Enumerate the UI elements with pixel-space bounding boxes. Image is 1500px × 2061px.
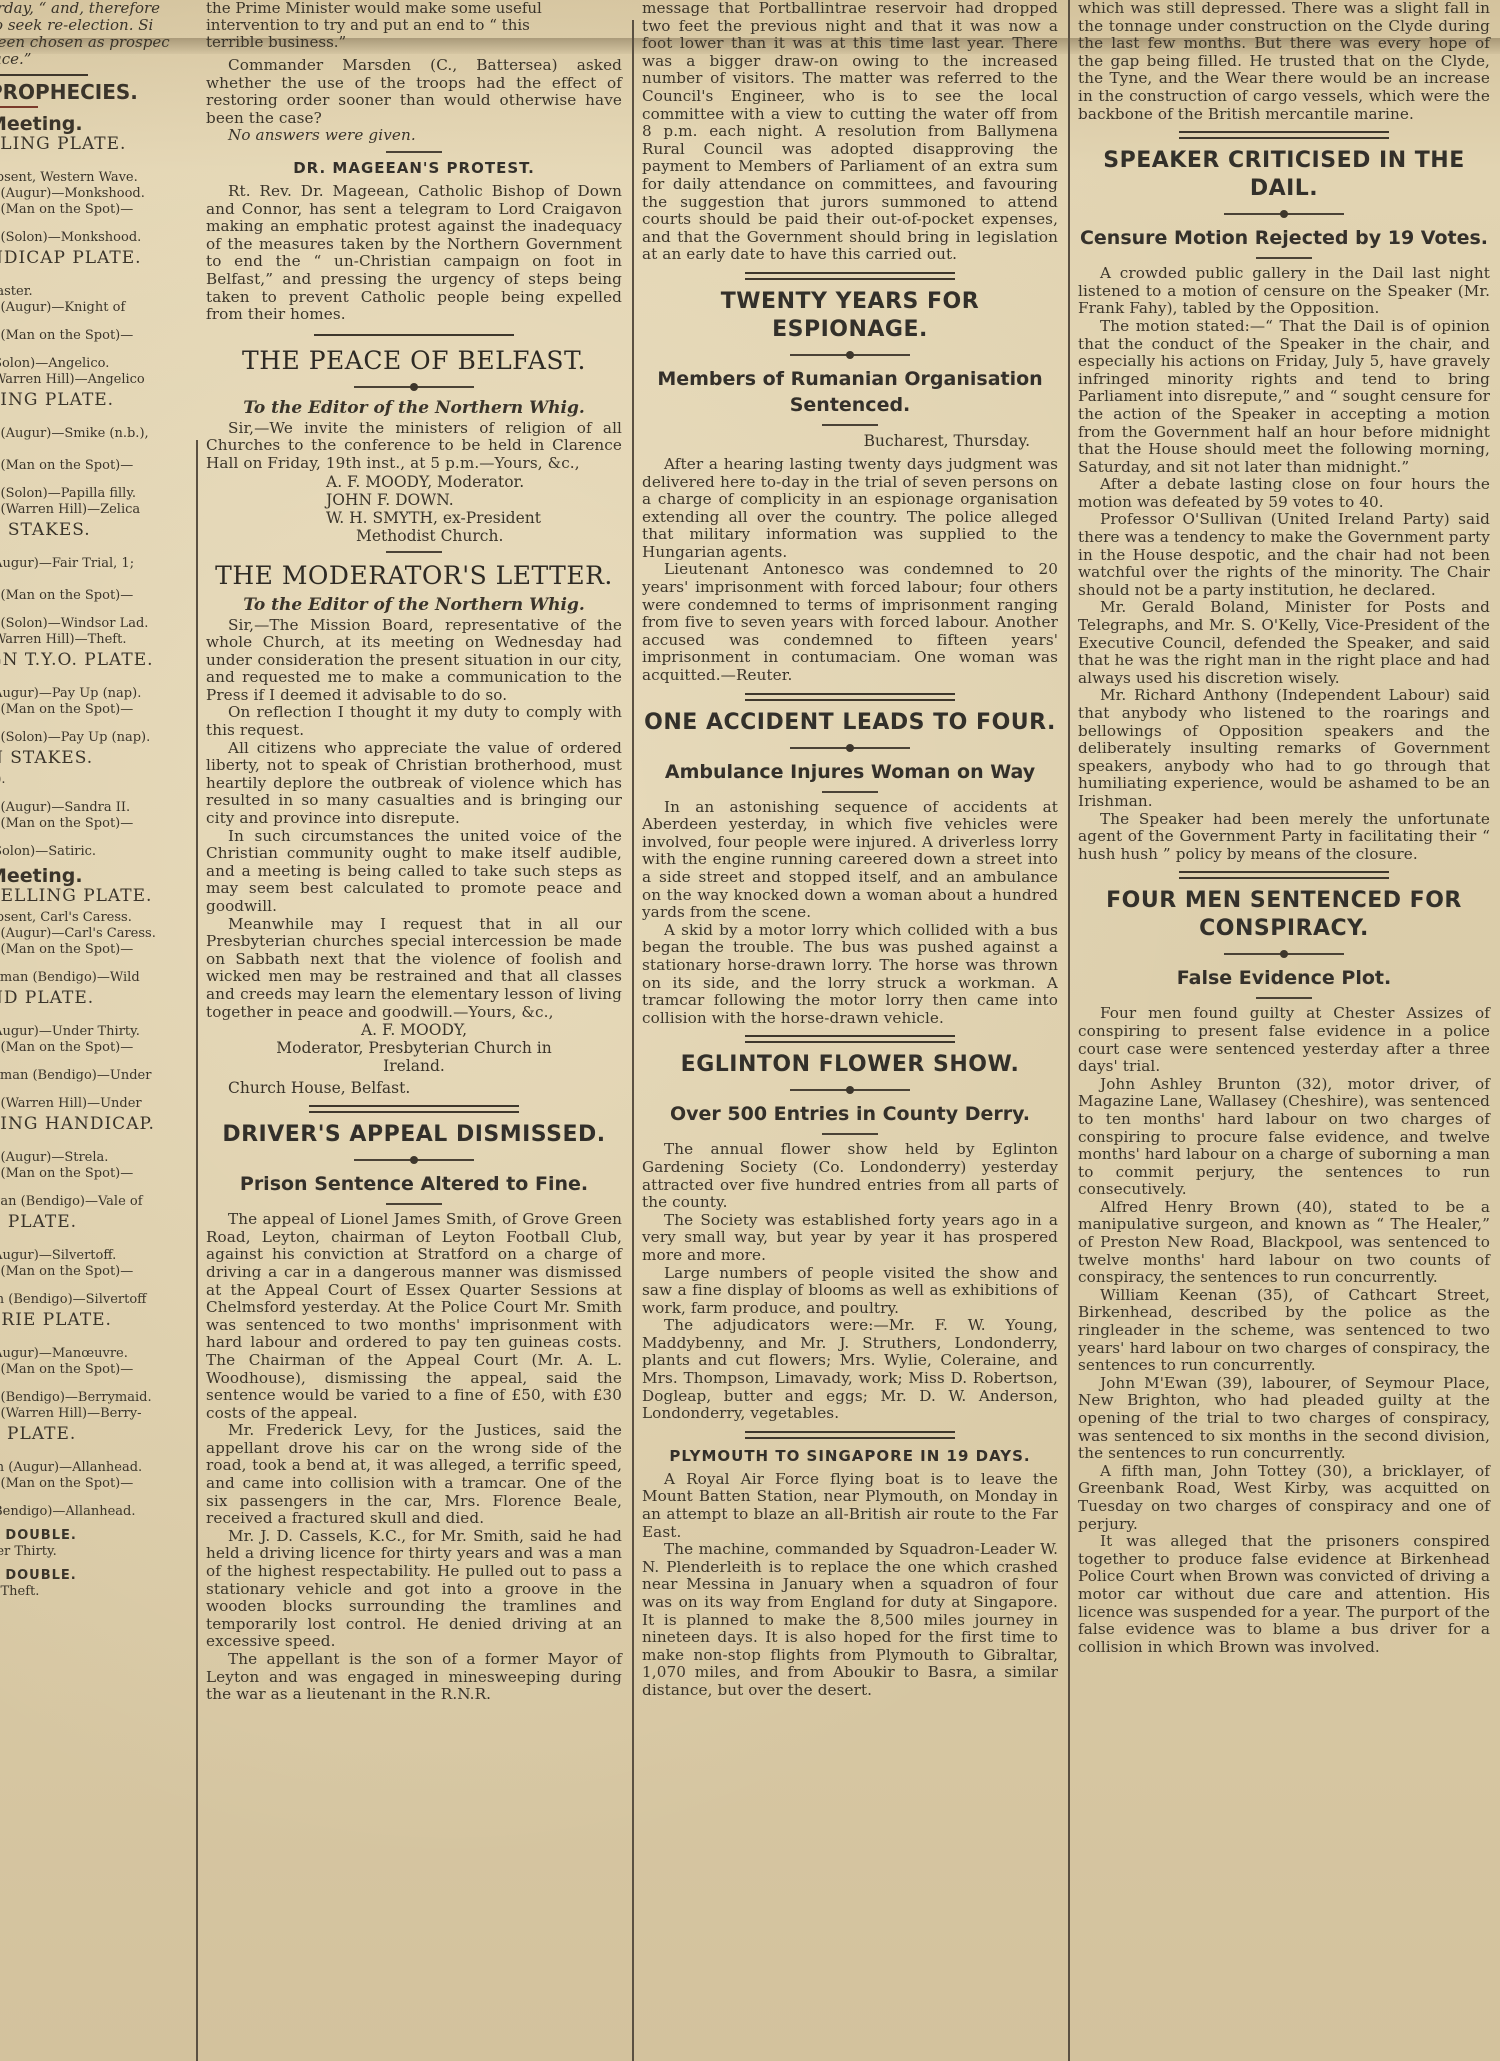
article-paragraph: After a debate lasting close on four hou… bbox=[1078, 476, 1490, 511]
divider-ornament bbox=[1224, 953, 1344, 955]
tip-line: an (Bendigo)—Silvertoff bbox=[0, 1292, 192, 1308]
spacer bbox=[0, 1056, 192, 1068]
spacer bbox=[0, 1378, 192, 1390]
text-line: W. H. SMYTH, ex-President bbox=[206, 509, 622, 527]
divider-double bbox=[745, 272, 955, 280]
article-paragraph: A Royal Air Force flying boat is to leav… bbox=[642, 1471, 1058, 1541]
article-paragraph: Large numbers of people visited the show… bbox=[642, 1265, 1058, 1318]
spacer bbox=[0, 788, 192, 800]
text-line: the Prime Minister would make some usefu… bbox=[206, 0, 622, 17]
divider bbox=[386, 551, 442, 553]
race-title: N STAKES. bbox=[0, 750, 192, 766]
tip-line: (Bendigo)—Allanhead. bbox=[0, 1504, 192, 1520]
tip-line: absent, Western Wave. bbox=[0, 170, 192, 186]
tip-line: H DOUBLE. bbox=[0, 1528, 192, 1544]
spacer bbox=[0, 344, 192, 356]
tip-line: n (Man on the Spot)— bbox=[0, 588, 192, 604]
column-2: the Prime Minister would make some usefu… bbox=[200, 0, 628, 2061]
spacer bbox=[0, 1280, 192, 1292]
race-title: LLING PLATE. bbox=[0, 136, 192, 152]
divider bbox=[1256, 997, 1312, 999]
letter-signature: A. F. MOODY,Moderator, Presbyterian Chur… bbox=[206, 1021, 622, 1075]
race-title: NDICAP PLATE. bbox=[0, 250, 192, 266]
article-paragraph: In an astonishing sequence of accidents … bbox=[642, 799, 1058, 922]
tip-line: (Augur)—Silvertoff. bbox=[0, 1248, 192, 1264]
tip-line: n (Augur)—Strela. bbox=[0, 1150, 192, 1166]
divider bbox=[0, 106, 38, 108]
headline-drivers-appeal: DRIVER'S APPEAL DISMISSED. bbox=[206, 1121, 622, 1149]
article-paragraph: Lieutenant Antonesco was condemned to 20… bbox=[642, 561, 1058, 684]
meeting-title: Meeting. bbox=[0, 116, 192, 132]
divider-ornament bbox=[790, 747, 910, 749]
tip-line: n (Augur)—Sandra II. bbox=[0, 800, 192, 816]
tip-line: n (Solon)—Papilla filly. bbox=[0, 486, 192, 502]
article-paragraph: Mr. Richard Anthony (Independent Labour)… bbox=[1078, 687, 1490, 810]
tip-line: n (Man on the Spot)— bbox=[0, 458, 192, 474]
tip-line: absent, Carl's Caress. bbox=[0, 910, 192, 926]
tip-line: p). bbox=[0, 772, 192, 788]
divider-ornament bbox=[1224, 213, 1344, 215]
article-paragraph: message that Portballintrae reservoir ha… bbox=[642, 0, 1058, 264]
article-paragraph: The adjudicators were:—Mr. F. W. Young, … bbox=[642, 1317, 1058, 1423]
article-paragraph: On reflection I thought it my duty to co… bbox=[206, 704, 622, 739]
tip-line: n (Solon)—Pay Up (nap). bbox=[0, 730, 192, 746]
tip-line: n (Solon)—Monkshood. bbox=[0, 230, 192, 246]
article-paragraph: which was still depressed. There was a s… bbox=[1078, 0, 1490, 123]
column-3: message that Portballintrae reservoir ha… bbox=[636, 0, 1064, 2061]
no-answers-note: No answers were given. bbox=[206, 127, 622, 145]
dateline: Bucharest, Thursday. bbox=[642, 432, 1058, 450]
tip-line: n (Man on the Spot)— bbox=[0, 1264, 192, 1280]
text-line: A. F. MOODY, Moderator. bbox=[206, 473, 622, 491]
tip-line: (Augur)—Manœuvre. bbox=[0, 1346, 192, 1362]
article-paragraph: A fifth man, John Tottey (30), a brickla… bbox=[1078, 1463, 1490, 1533]
headline-speaker-criticised: SPEAKER CRITICISED IN THE DAIL. bbox=[1078, 147, 1490, 203]
spacer bbox=[0, 1334, 192, 1346]
tip-line: der Thirty. bbox=[0, 1544, 192, 1560]
divider bbox=[386, 151, 442, 153]
tip-line: n (Warren Hill)—Zelica bbox=[0, 502, 192, 518]
spacer bbox=[0, 1084, 192, 1096]
article-paragraph: William Keenan (35), of Cathcart Street,… bbox=[1078, 1287, 1490, 1375]
article-paragraph: Mr. Gerald Boland, Minister for Posts an… bbox=[1078, 599, 1490, 687]
tip-line: n (Man on the Spot)— bbox=[0, 202, 192, 218]
divider-double bbox=[309, 1105, 519, 1113]
spacer bbox=[0, 474, 192, 486]
tip-line: naster. bbox=[0, 284, 192, 300]
spacer bbox=[0, 218, 192, 230]
racing-tips-list: Meeting.LLING PLATE.absent, Western Wave… bbox=[0, 116, 192, 1600]
meeting-title: Meeting. bbox=[0, 868, 192, 884]
spacer bbox=[0, 544, 192, 556]
spacer bbox=[0, 1448, 192, 1460]
letter-address: To the Editor of the Northern Whig. bbox=[206, 595, 622, 615]
spacer bbox=[0, 414, 192, 426]
column-rule bbox=[1068, 0, 1070, 2061]
article-body: The appeal of Lionel James Smith, of Gro… bbox=[206, 1211, 622, 1704]
divider bbox=[314, 334, 514, 336]
race-title: LING HANDICAP. bbox=[0, 1116, 192, 1132]
tip-line: e. bbox=[0, 442, 192, 458]
spacer bbox=[0, 272, 192, 284]
tip-line: 3. bbox=[0, 572, 192, 588]
article-paragraph: The appellant is the son of a former May… bbox=[206, 1651, 622, 1704]
text-line: terrible business.” bbox=[206, 34, 622, 51]
tip-line: n (Man on the Spot)— bbox=[0, 942, 192, 958]
race-title: GN T.Y.O. PLATE. bbox=[0, 652, 192, 668]
letter-address: To the Editor of the Northern Whig. bbox=[206, 398, 622, 418]
tip-line: tsman (Bendigo)—Wild bbox=[0, 970, 192, 986]
tip-line: n (Warren Hill)—Berry- bbox=[0, 1406, 192, 1422]
article-paragraph: Mr. J. D. Cassels, K.C., for Mr. Smith, … bbox=[206, 1528, 622, 1651]
divider bbox=[386, 1203, 442, 1205]
article-paragraph: The appeal of Lionel James Smith, of Gro… bbox=[206, 1211, 622, 1422]
tip-line: n (Augur)—Knight of bbox=[0, 300, 192, 316]
newspaper-page: erday, “ and, thereforeto seek re-electi… bbox=[0, 0, 1500, 2061]
divider-ornament bbox=[790, 1089, 910, 1091]
tip-line: n (Augur)—Carl's Caress. bbox=[0, 926, 192, 942]
tip-line: (Warren Hill)—Theft. bbox=[0, 632, 192, 648]
text-line: to seek re-election. Si bbox=[0, 17, 192, 34]
divider-ornament bbox=[354, 386, 474, 388]
tip-line: n (Man on the Spot)— bbox=[0, 816, 192, 832]
article-body: Four men found guilty at Chester Assizes… bbox=[1078, 1005, 1490, 1656]
article-paragraph: It was alleged that the prisoners conspi… bbox=[1078, 1533, 1490, 1656]
divider bbox=[1256, 257, 1312, 259]
text-line: A. F. MOODY, bbox=[206, 1021, 622, 1039]
headline-moderators-letter: THE MODERATOR'S LETTER. bbox=[206, 561, 622, 591]
article-paragraph: A skid by a motor lorry which collided w… bbox=[642, 922, 1058, 1028]
tip-line: (Augur)—Pay Up (nap). bbox=[0, 686, 192, 702]
tip-line: man (Bendigo)—Vale of bbox=[0, 1194, 192, 1210]
text-line: been chosen as prospec bbox=[0, 34, 192, 51]
spacer bbox=[0, 604, 192, 616]
headline-flower-show: EGLINTON FLOWER SHOW. bbox=[642, 1051, 1058, 1079]
tip-line: (Warren Hill)—Angelico bbox=[0, 372, 192, 388]
article-paragraph: A crowded public gallery in the Dail las… bbox=[1078, 265, 1490, 318]
divider-double bbox=[1179, 131, 1389, 139]
race-title: E STAKES. bbox=[0, 522, 192, 538]
article-paragraph: The motion stated:—“ That the Dail is of… bbox=[1078, 318, 1490, 476]
column-4: which was still depressed. There was a s… bbox=[1072, 0, 1496, 2061]
article-paragraph: Meanwhile may I request that in all our … bbox=[206, 916, 622, 1022]
tip-line: D DOUBLE. bbox=[0, 1568, 192, 1584]
divider bbox=[822, 424, 878, 426]
article-paragraph: Rt. Rev. Dr. Mageean, Catholic Bishop of… bbox=[206, 183, 622, 324]
race-title: ND PLATE. bbox=[0, 990, 192, 1006]
tip-line: an (Augur)—Allanhead. bbox=[0, 1460, 192, 1476]
race-title: S PLATE. bbox=[0, 1426, 192, 1442]
divider bbox=[822, 1133, 878, 1135]
tip-line: (Solon)—Satiric. bbox=[0, 844, 192, 860]
spacer bbox=[0, 718, 192, 730]
text-line: intervention to try and put an end to “ … bbox=[206, 17, 622, 34]
divider-ornament bbox=[790, 354, 910, 356]
subheadline: Prison Sentence Altered to Fine. bbox=[206, 1171, 622, 1197]
race-title: ERIE PLATE. bbox=[0, 1312, 192, 1328]
tip-line: n (Man on the Spot)— bbox=[0, 1166, 192, 1182]
divider bbox=[822, 791, 878, 793]
spacer bbox=[0, 1236, 192, 1248]
spacer bbox=[0, 316, 192, 328]
text-line: Methodist Church. bbox=[206, 527, 622, 545]
headline-peace-of-belfast: THE PEACE OF BELFAST. bbox=[206, 346, 622, 376]
article-paragraph: The machine, commanded by Squadron-Leade… bbox=[642, 1541, 1058, 1699]
tip-line: n (Man on the Spot)— bbox=[0, 702, 192, 718]
spacer bbox=[0, 1138, 192, 1150]
letter-body: Sir,—The Mission Board, representative o… bbox=[206, 617, 622, 1022]
spacer bbox=[0, 832, 192, 844]
tip-line: n (Bendigo)—Berrymaid. bbox=[0, 1390, 192, 1406]
letter-address-line: Church House, Belfast. bbox=[206, 1079, 622, 1097]
article-paragraph: After a hearing lasting twenty days judg… bbox=[642, 456, 1058, 562]
subheadline: False Evidence Plot. bbox=[1078, 965, 1490, 991]
headline-mageean: DR. MAGEEAN'S PROTEST. bbox=[206, 159, 622, 177]
column-rule bbox=[632, 20, 634, 2061]
column1-top-fragment: erday, “ and, thereforeto seek re-electi… bbox=[0, 0, 192, 68]
spacer bbox=[0, 1182, 192, 1194]
spacer bbox=[0, 158, 192, 170]
continued-article-top: the Prime Minister would make some usefu… bbox=[206, 0, 622, 51]
divider-double bbox=[745, 1431, 955, 1439]
article-paragraph: The Speaker had been merely the unfortun… bbox=[1078, 811, 1490, 864]
tip-line: n (Man on the Spot)— bbox=[0, 328, 192, 344]
article-paragraph: Four men found guilty at Chester Assizes… bbox=[1078, 1005, 1490, 1075]
article-paragraph: In such circumstances the united voice o… bbox=[206, 828, 622, 916]
headline-espionage: TWENTY YEARS FOR ESPIONAGE. bbox=[642, 288, 1058, 344]
headline-four-men-sentenced: FOUR MEN SENTENCED FOR CONSPIRACY. bbox=[1078, 887, 1490, 943]
text-line: lace.” bbox=[0, 51, 192, 68]
tip-line: (Augur)—Fair Trial, 1; bbox=[0, 556, 192, 572]
article-body: After a hearing lasting twenty days judg… bbox=[642, 456, 1058, 685]
letter-signatories: A. F. MOODY, Moderator.JOHN F. DOWN.W. H… bbox=[206, 473, 622, 545]
article-paragraph: The annual flower show held by Eglinton … bbox=[642, 1141, 1058, 1211]
race-title: LING PLATE. bbox=[0, 392, 192, 408]
article-body: The annual flower show held by Eglinton … bbox=[642, 1141, 1058, 1423]
article-paragraph: All citizens who appreciate the value of… bbox=[206, 740, 622, 828]
text-line: erday, “ and, therefore bbox=[0, 0, 192, 17]
column-racing-prophecies: erday, “ and, thereforeto seek re-electi… bbox=[0, 0, 198, 2061]
text-line: Moderator, Presbyterian Church in bbox=[206, 1039, 622, 1057]
divider-double bbox=[1179, 871, 1389, 879]
spacer bbox=[0, 1012, 192, 1024]
divider-ornament bbox=[354, 1159, 474, 1161]
article-body: A crowded public gallery in the Dail las… bbox=[1078, 265, 1490, 863]
tip-line: (Augur)—Under Thirty. bbox=[0, 1024, 192, 1040]
tip-line: (Solon)—Angelico. bbox=[0, 356, 192, 372]
spacer bbox=[0, 958, 192, 970]
subheadline: Censure Motion Rejected by 19 Votes. bbox=[1078, 225, 1490, 251]
tip-line: n (Augur)—Monkshood. bbox=[0, 186, 192, 202]
article-paragraph: Professor O'Sullivan (United Ireland Par… bbox=[1078, 511, 1490, 599]
subheadline: Ambulance Injures Woman on Way bbox=[642, 759, 1058, 785]
article-paragraph: Sir,—We invite the ministers of religion… bbox=[206, 420, 622, 473]
article-paragraph: The Society was established forty years … bbox=[642, 1212, 1058, 1265]
article-body: A Royal Air Force flying boat is to leav… bbox=[642, 1471, 1058, 1700]
tip-line: n (Augur)—Smike (n.b.), bbox=[0, 426, 192, 442]
tip-line: n (Man on the Spot)— bbox=[0, 1476, 192, 1492]
article-paragraph: Commander Marsden (C., Battersea) asked … bbox=[206, 57, 622, 127]
article-body: In an astonishing sequence of accidents … bbox=[642, 799, 1058, 1028]
divider bbox=[0, 74, 88, 76]
tip-line: d Theft. bbox=[0, 1584, 192, 1600]
subheadline: Members of Rumanian Organisation Sentenc… bbox=[642, 366, 1058, 418]
article-paragraph: Mr. Frederick Levy, for the Justices, sa… bbox=[206, 1422, 622, 1528]
spacer bbox=[0, 674, 192, 686]
tip-line: n (Man on the Spot)— bbox=[0, 1040, 192, 1056]
race-title: E PLATE. bbox=[0, 1214, 192, 1230]
divider-double bbox=[745, 693, 955, 701]
article-paragraph: John M'Ewan (39), labourer, of Seymour P… bbox=[1078, 1375, 1490, 1463]
article-paragraph: Sir,—The Mission Board, representative o… bbox=[206, 617, 622, 705]
section-title: PROPHECIES. bbox=[0, 84, 192, 100]
tip-line: n (Warren Hill)—Under bbox=[0, 1096, 192, 1112]
tip-line: n (Man on the Spot)— bbox=[0, 1362, 192, 1378]
text-line: Ireland. bbox=[206, 1057, 622, 1075]
text-line: JOHN F. DOWN. bbox=[206, 491, 622, 509]
subheadline: Over 500 Entries in County Derry. bbox=[642, 1101, 1058, 1127]
headline-accident: ONE ACCIDENT LEADS TO FOUR. bbox=[642, 709, 1058, 737]
headline-plymouth-singapore: PLYMOUTH TO SINGAPORE IN 19 DAYS. bbox=[642, 1447, 1058, 1465]
tip-line: tsman (Bendigo)—Under bbox=[0, 1068, 192, 1084]
spacer bbox=[0, 1492, 192, 1504]
article-paragraph: Alfred Henry Brown (40), stated to be a … bbox=[1078, 1199, 1490, 1287]
divider-double bbox=[745, 1035, 955, 1043]
article-paragraph: John Ashley Brunton (32), motor driver, … bbox=[1078, 1076, 1490, 1199]
race-title: SELLING PLATE. bbox=[0, 888, 192, 904]
tip-line: n (Solon)—Windsor Lad. bbox=[0, 616, 192, 632]
